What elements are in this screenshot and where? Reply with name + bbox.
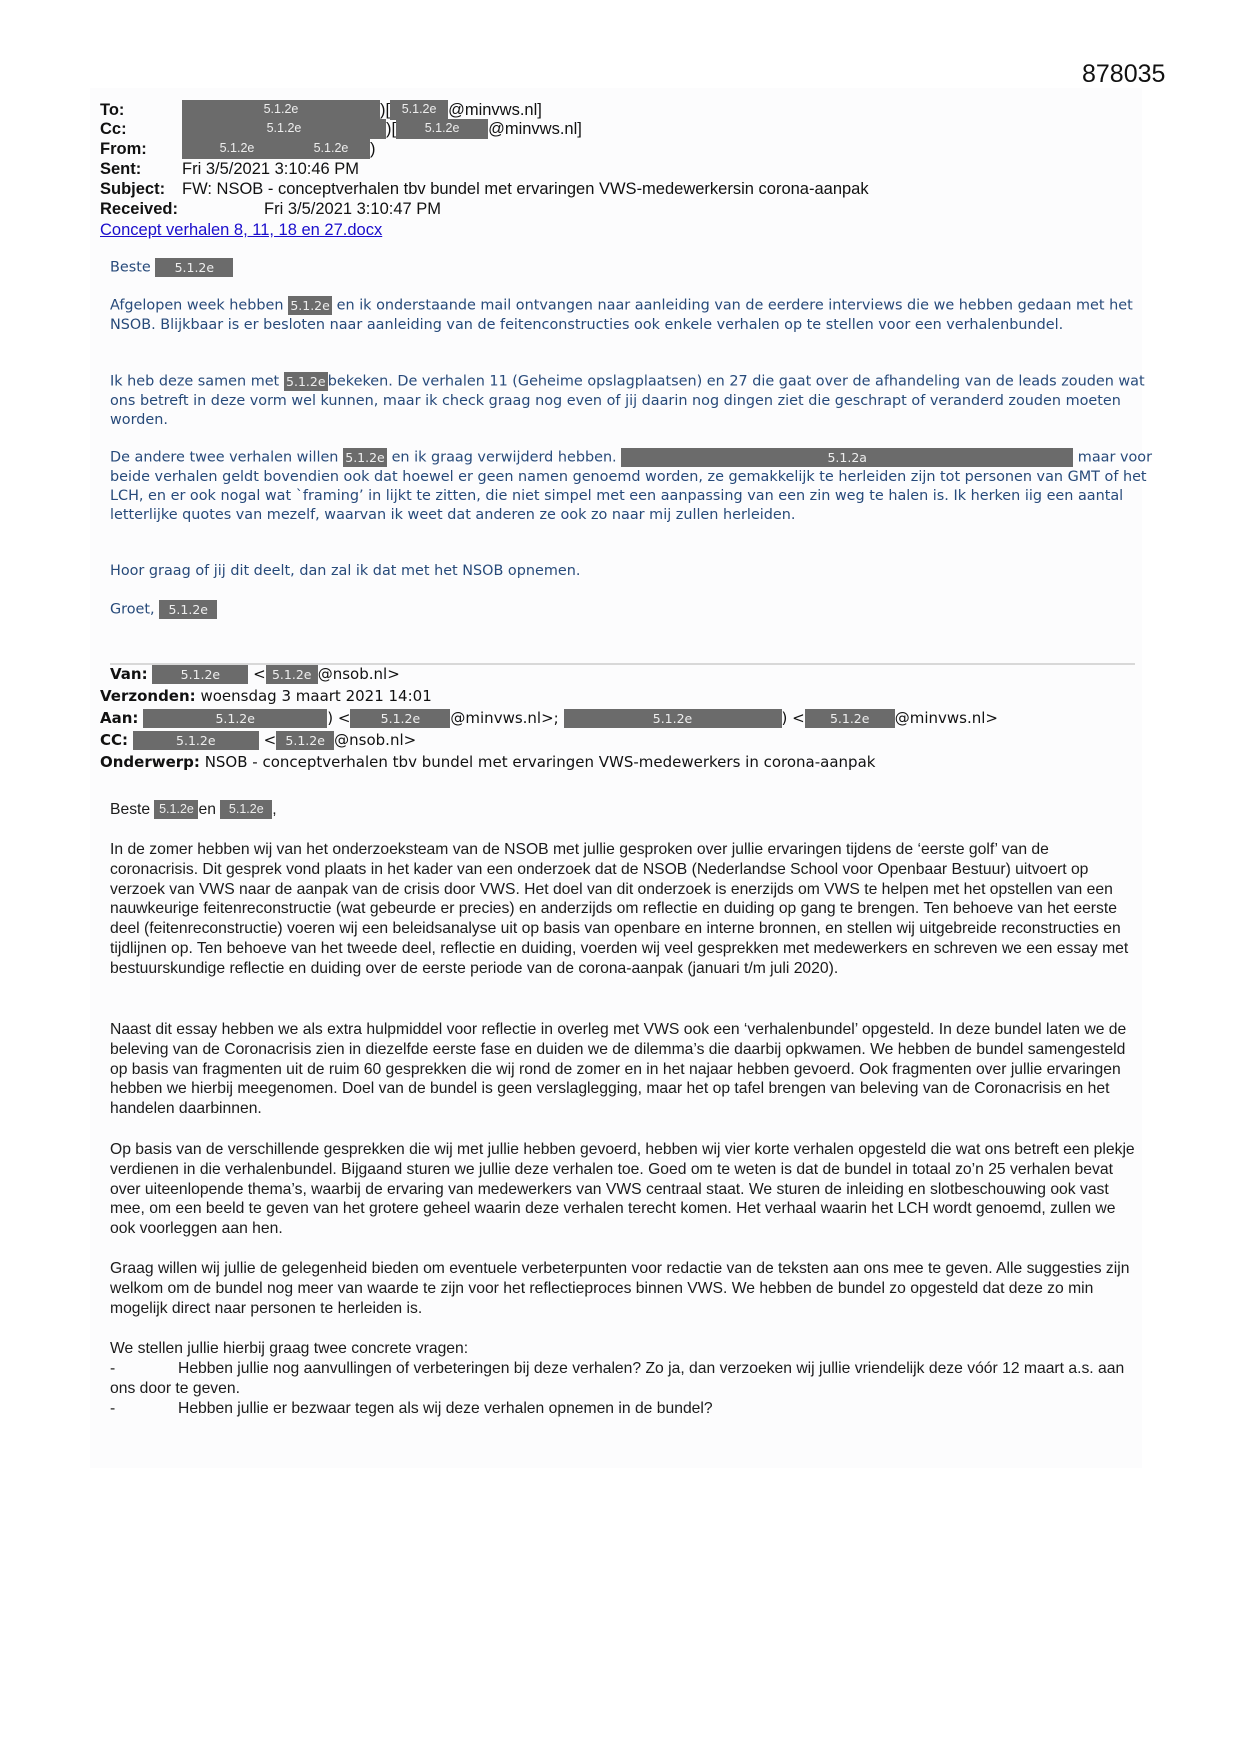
text: Ik heb deze samen met [110, 374, 279, 390]
sent-label: Sent: [100, 159, 182, 179]
reply-paragraph-1: Afgelopen week hebben 5.1.2e en ik onder… [110, 296, 1160, 335]
redaction: 5.1.2e [182, 139, 292, 159]
redaction: 5.1.2e [182, 119, 386, 139]
verzonden-value: woensdag 3 maart 2021 14:01 [200, 687, 431, 705]
redaction: 5.1.2e [220, 800, 272, 819]
verzonden-label: Verzonden: [100, 687, 196, 705]
original-paragraph-1: In de zomer hebben wij van het onderzoek… [110, 840, 1140, 979]
redaction: 5.1.2e [266, 665, 318, 684]
text: In de zomer hebben wij van het onderzoek… [110, 840, 1140, 979]
greeting-text: Beste [110, 260, 151, 276]
from-row: From:5.1.2e5.1.2e) [100, 139, 376, 159]
original-paragraph-3: Op basis van de verschillende gesprekken… [110, 1140, 1140, 1239]
redaction: 5.1.2e [276, 731, 334, 750]
to-row: To:5.1.2e)[5.1.2e@minvws.nl] [100, 100, 542, 120]
cc-forward-domain: @nsob.nl> [334, 731, 416, 749]
redaction: 5.1.2e [343, 448, 387, 467]
received-row: Received:Fri 3/5/2021 3:10:47 PM [100, 199, 441, 219]
redaction: 5.1.2e [390, 100, 448, 120]
reply-paragraph-4: Hoor graag of jij dit deelt, dan zal ik … [110, 562, 1160, 581]
original-greeting: Beste 5.1.2een 5.1.2e, [110, 800, 1140, 820]
redaction: 5.1.2e [155, 258, 233, 277]
redaction: 5.1.2e [292, 139, 370, 159]
text: < [264, 731, 277, 749]
subject-value: FW: NSOB - conceptverhalen tbv bundel me… [182, 180, 869, 198]
text: Graag willen wij jullie de gelegenheid b… [110, 1259, 1140, 1318]
onderwerp-value: NSOB - conceptverhalen tbv bundel met er… [205, 753, 876, 771]
attachment-link[interactable]: Concept verhalen 8, 11, 18 en 27.docx [100, 221, 382, 240]
reply-greeting: Beste 5.1.2e [110, 258, 1160, 278]
received-value: Fri 3/5/2021 3:10:47 PM [264, 200, 441, 218]
cc-forward-label: CC: [100, 731, 128, 749]
text: ) < [327, 709, 350, 727]
text: Naast dit essay hebben we als extra hulp… [110, 1020, 1140, 1119]
cc-separator: )[ [386, 120, 396, 138]
text: Beste [110, 801, 150, 818]
to-separator: )[ [380, 101, 390, 119]
redaction: 5.1.2e [350, 709, 450, 728]
original-paragraph-4: Graag willen wij jullie de gelegenheid b… [110, 1259, 1140, 1318]
redaction: 5.1.2e [143, 709, 327, 728]
redaction: 5.1.2e [805, 709, 895, 728]
cc-forward-row: CC: 5.1.2e <5.1.2e@nsob.nl> [100, 730, 416, 752]
sent-row: Sent:Fri 3/5/2021 3:10:46 PM [100, 159, 359, 179]
subject-label: Subject: [100, 179, 182, 199]
aan-row: Aan: 5.1.2e) <5.1.2e@minvws.nl>; 5.1.2e)… [100, 708, 998, 730]
text: en [198, 801, 215, 818]
onderwerp-row: Onderwerp: NSOB - conceptverhalen tbv bu… [100, 752, 875, 774]
from-suffix: ) [370, 140, 376, 158]
question-2: - Hebben jullie er bezwaar tegen als wij… [110, 1399, 1140, 1419]
text: Afgelopen week hebben [110, 298, 283, 314]
to-domain: @minvws.nl] [448, 101, 542, 119]
reply-paragraph-3: De andere twee verhalen willen 5.1.2e en… [110, 448, 1160, 525]
text: De andere twee verhalen willen [110, 450, 338, 466]
redaction: 5.1.2e [182, 100, 380, 120]
subject-row: Subject:FW: NSOB - conceptverhalen tbv b… [100, 179, 869, 199]
van-row: Van: 5.1.2e <5.1.2e@nsob.nl> [110, 664, 400, 686]
cc-row: Cc:5.1.2e)[5.1.2e@minvws.nl] [100, 119, 582, 139]
text: We stellen jullie hierbij graag twee con… [110, 1339, 1140, 1359]
aan-domain-1: @minvws.nl>; [450, 709, 558, 727]
text: Groet, [110, 602, 155, 618]
text: Hebben jullie nog aanvullingen of verbet… [110, 1359, 1140, 1399]
from-label: From: [100, 139, 182, 159]
original-paragraph-2: Naast dit essay hebben we als extra hulp… [110, 1020, 1140, 1119]
text: Hoor graag of jij dit deelt, dan zal ik … [110, 562, 1160, 581]
van-domain: @nsob.nl> [318, 665, 400, 683]
text: ) < [782, 709, 805, 727]
redaction: 5.1.2e [159, 600, 217, 619]
document-number: 878035 [1082, 60, 1165, 89]
aan-domain-2: @minvws.nl> [895, 709, 998, 727]
text: Hebben jullie er bezwaar tegen als wij d… [110, 1399, 1140, 1419]
redaction: 5.1.2e [396, 119, 488, 139]
text: < [253, 665, 266, 683]
aan-label: Aan: [100, 709, 138, 727]
redaction: 5.1.2e [133, 731, 259, 750]
received-label: Received: [100, 199, 264, 219]
onderwerp-label: Onderwerp: [100, 753, 200, 771]
redaction: 5.1.2e [284, 372, 328, 391]
redaction: 5.1.2a [621, 448, 1073, 467]
to-label: To: [100, 100, 182, 120]
reply-paragraph-2: Ik heb deze samen met 5.1.2ebekeken. De … [110, 372, 1160, 430]
text: en ik graag verwijderd hebben. [392, 450, 617, 466]
text: , [272, 801, 276, 818]
question-1: - Hebben jullie nog aanvullingen of verb… [110, 1359, 1140, 1399]
bullet-dash: - [110, 1399, 115, 1419]
van-label: Van: [110, 665, 148, 683]
redaction: 5.1.2e [288, 296, 332, 315]
sent-value: Fri 3/5/2021 3:10:46 PM [182, 160, 359, 178]
questions-intro: We stellen jullie hierbij graag twee con… [110, 1339, 1140, 1359]
cc-domain: @minvws.nl] [488, 120, 582, 138]
redaction: 5.1.2e [154, 800, 198, 819]
bullet-dash: - [110, 1359, 115, 1379]
reply-signoff: Groet, 5.1.2e [110, 600, 1160, 620]
verzonden-row: Verzonden: woensdag 3 maart 2021 14:01 [100, 686, 432, 708]
redaction: 5.1.2e [152, 665, 248, 684]
text: Op basis van de verschillende gesprekken… [110, 1140, 1140, 1239]
cc-label: Cc: [100, 119, 182, 139]
redaction: 5.1.2e [564, 709, 782, 728]
